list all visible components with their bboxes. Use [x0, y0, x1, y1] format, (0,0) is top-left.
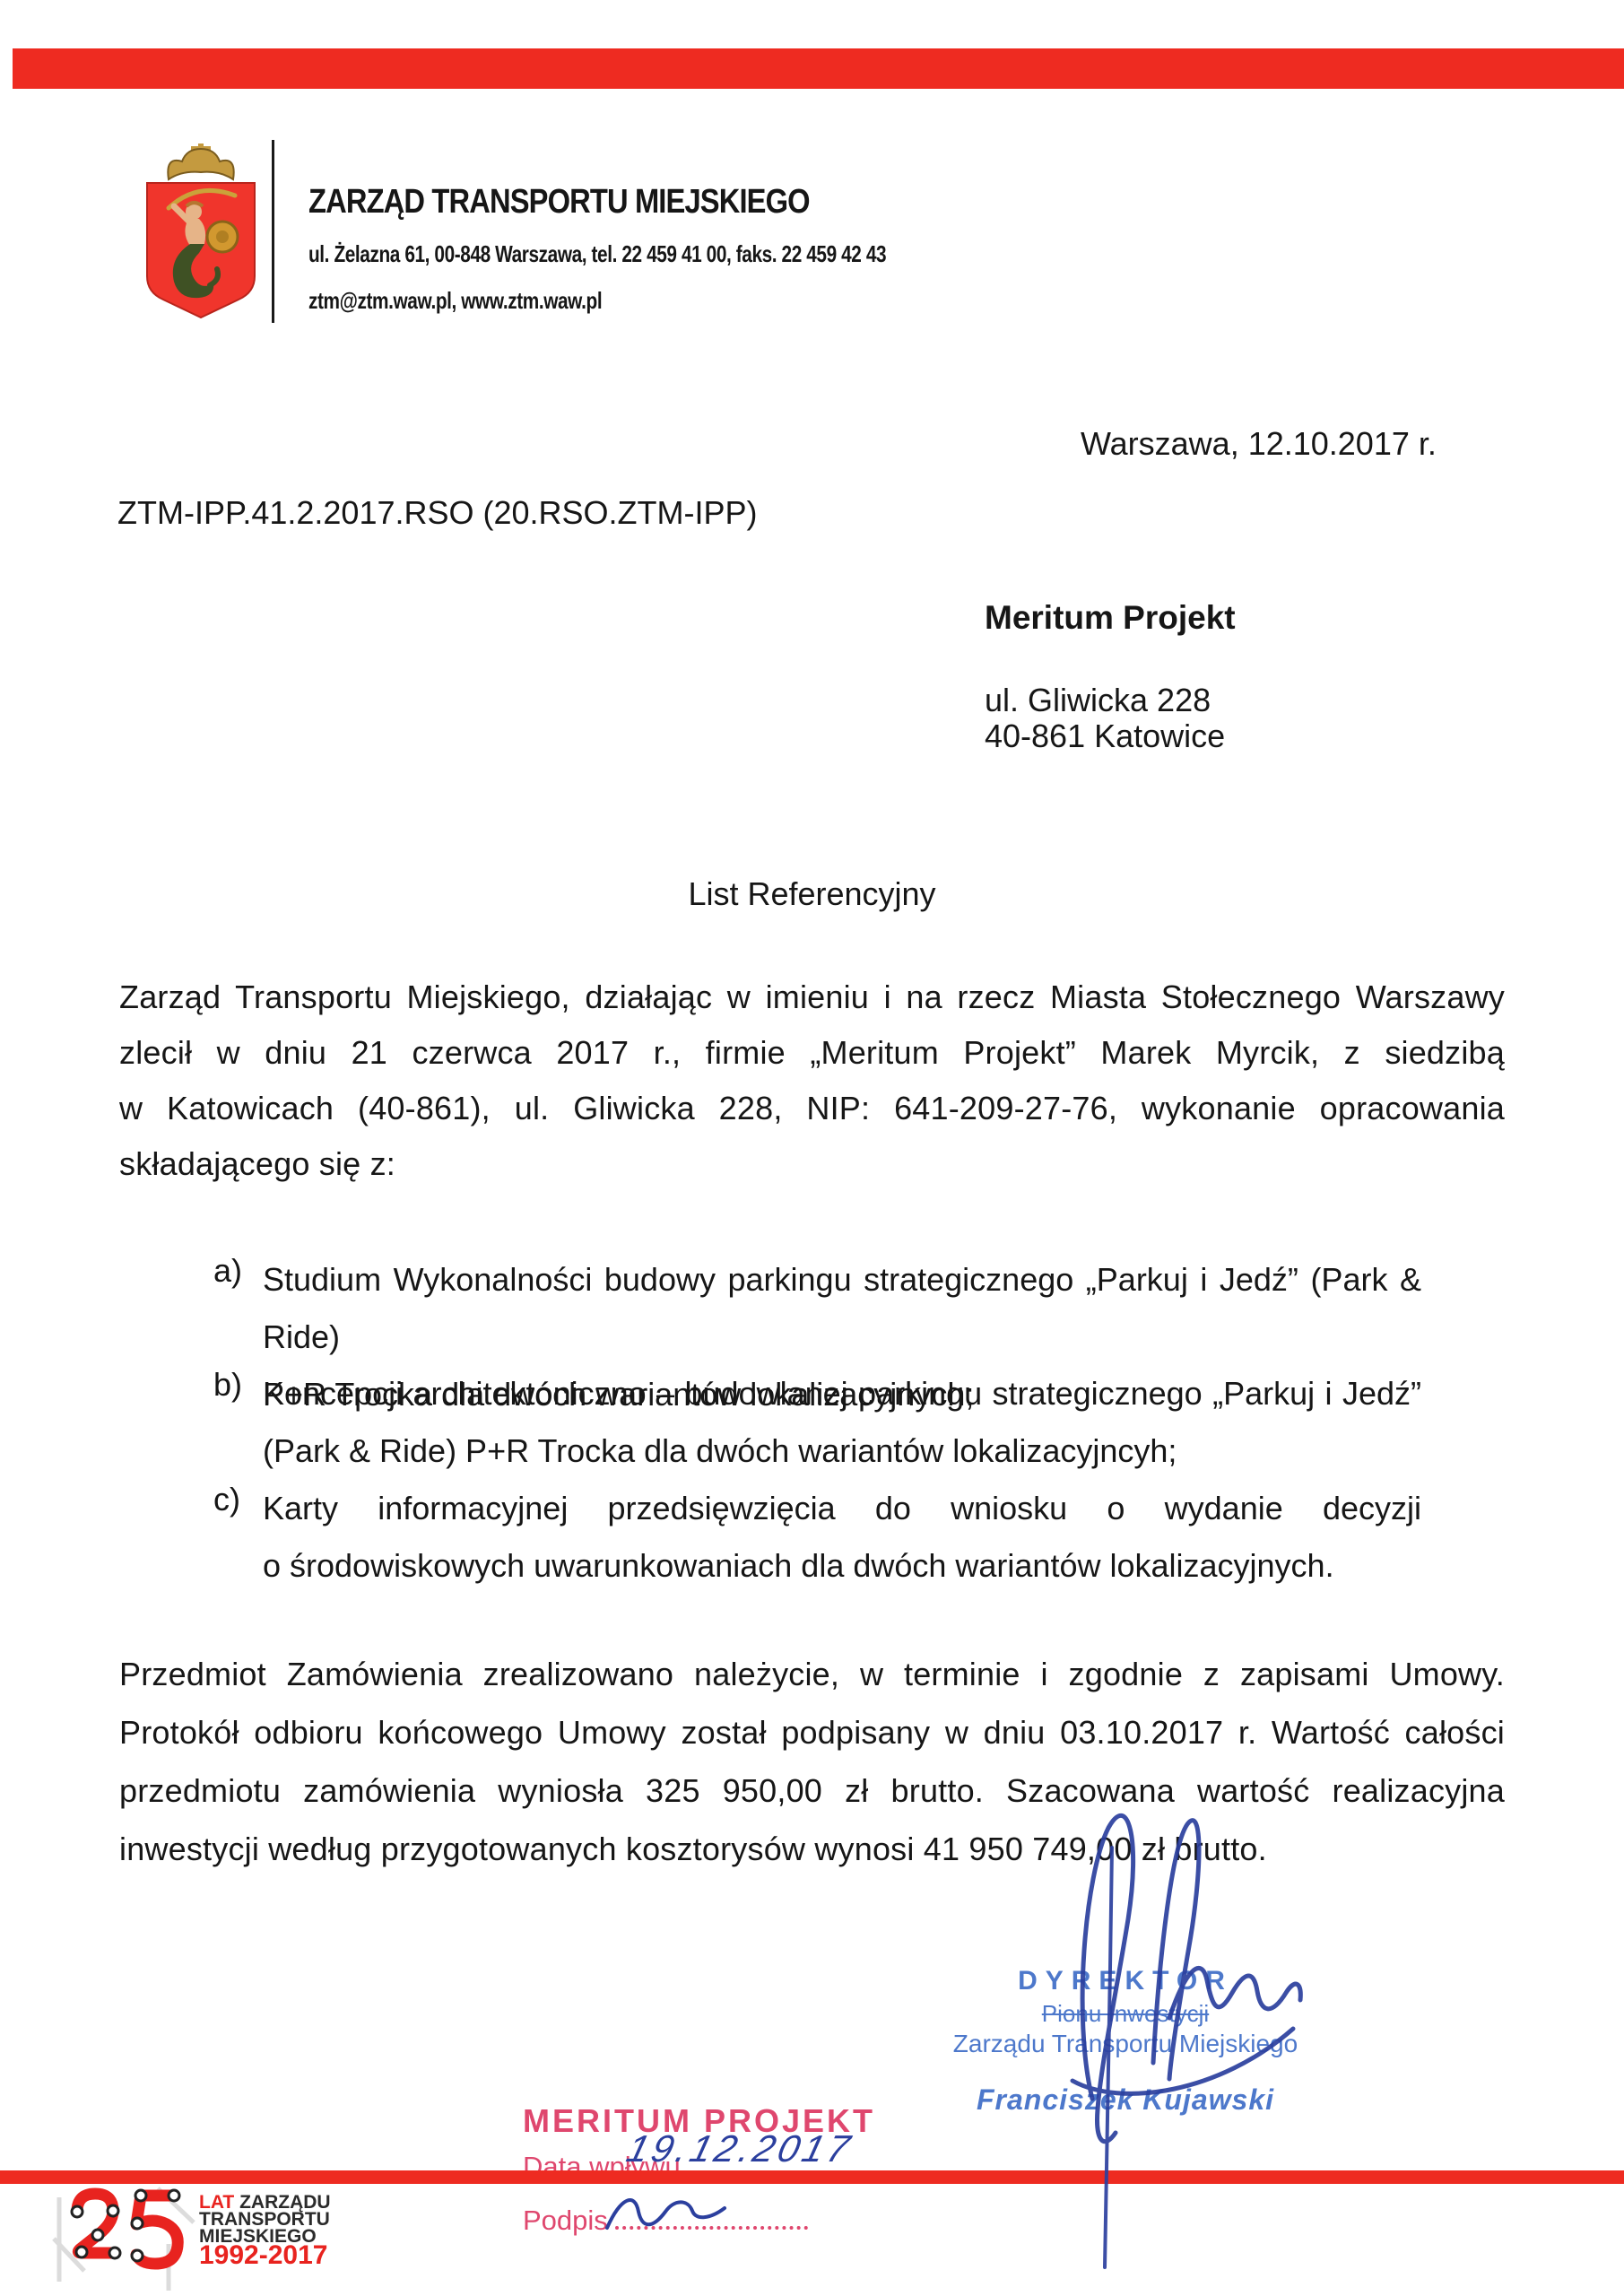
paragraph-line: Przedmiot Zamówienia zrealizowano należy… [119, 1645, 1505, 1703]
list-marker: a) [213, 1252, 242, 1290]
list-item-line: Studium Wykonalności budowy parkingu str… [263, 1251, 1421, 1366]
warsaw-mermaid-crest-icon [135, 143, 267, 321]
paragraph-line: Zarząd Transportu Miejskiego, działając … [119, 970, 1505, 1025]
reference-number: ZTM-IPP.41.2.2017.RSO (20.RSO.ZTM-IPP) [117, 494, 758, 532]
list-marker: c) [213, 1481, 240, 1518]
paragraph-line: składającego się z: [119, 1136, 1505, 1192]
list-item: Koncepcji architektoniczno – budowlanej … [263, 1365, 1421, 1480]
paragraph-line: przedmiotu zamówienia wyniosła 325 950,0… [119, 1761, 1505, 1820]
handwritten-signature-scribble-icon [603, 2185, 737, 2239]
list-item-line: o środowiskowych uwarunkowaniach dla dwó… [263, 1537, 1421, 1595]
recipient-name: Meritum Projekt [985, 599, 1236, 637]
list-item-line: (Park & Ride) P+R Trocka dla dwóch waria… [263, 1422, 1421, 1480]
anniversary-years: 1992-2017 [199, 2242, 327, 2269]
director-stamp-org: Zarządu Transportu Miejskiego [915, 2030, 1336, 2058]
document-title: List Referencyjny [0, 875, 1624, 913]
director-stamp-division: Pionu Inwestycji [915, 2000, 1336, 2028]
anniversary-25-logo-icon [52, 2181, 200, 2293]
reference-letter-page: ZARZĄD TRANSPORTU MIEJSKIEGO ul. Żelazna… [0, 0, 1624, 2296]
letterhead-address: ul. Żelazna 61, 00-848 Warszawa, tel. 22… [308, 240, 886, 268]
paragraph-line: zlecił w dniu 21 czerwca 2017 r., firmie… [119, 1025, 1505, 1081]
list-marker: b) [213, 1366, 242, 1404]
letterhead-contact: ztm@ztm.waw.pl, www.ztm.waw.pl [308, 287, 602, 315]
recipient-city: 40-861 Katowice [985, 717, 1225, 755]
top-brand-bar [13, 48, 1624, 89]
handwritten-receipt-date: 19.12.2017 [622, 2127, 857, 2170]
paragraph-closing: Przedmiot Zamówienia zrealizowano należy… [119, 1645, 1505, 1878]
list-item-line: Koncepcji architektoniczno – budowlanej … [263, 1365, 1421, 1422]
paragraph-line: Protokół odbioru końcowego Umowy został … [119, 1703, 1505, 1761]
bottom-brand-bar [0, 2170, 1624, 2184]
paragraph-line: w Katowicach (40-861), ul. Gliwicka 228,… [119, 1081, 1505, 1136]
list-item: Karty informacyjnej przedsięwzięcia do w… [263, 1480, 1421, 1595]
list-item-line: Karty informacyjnej przedsięwzięcia do w… [263, 1480, 1421, 1537]
place-and-date: Warszawa, 12.10.2017 r. [1081, 425, 1437, 463]
letterhead-org-name: ZARZĄD TRANSPORTU MIEJSKIEGO [308, 183, 810, 222]
paragraph-line: inwestycji według przygotowanych kosztor… [119, 1820, 1505, 1878]
recipient-street: ul. Gliwicka 228 [985, 682, 1211, 719]
director-stamp-title: DYREKTOR [915, 1966, 1336, 1996]
letterhead-divider [272, 140, 274, 323]
paragraph-intro: Zarząd Transportu Miejskiego, działając … [119, 970, 1505, 1192]
director-stamp: DYREKTOR Pionu Inwestycji Zarządu Transp… [915, 1966, 1336, 2117]
director-stamp-name: Franciszek Kujawski [915, 2083, 1336, 2117]
receipt-signature-label: Podpis [523, 2205, 608, 2236]
